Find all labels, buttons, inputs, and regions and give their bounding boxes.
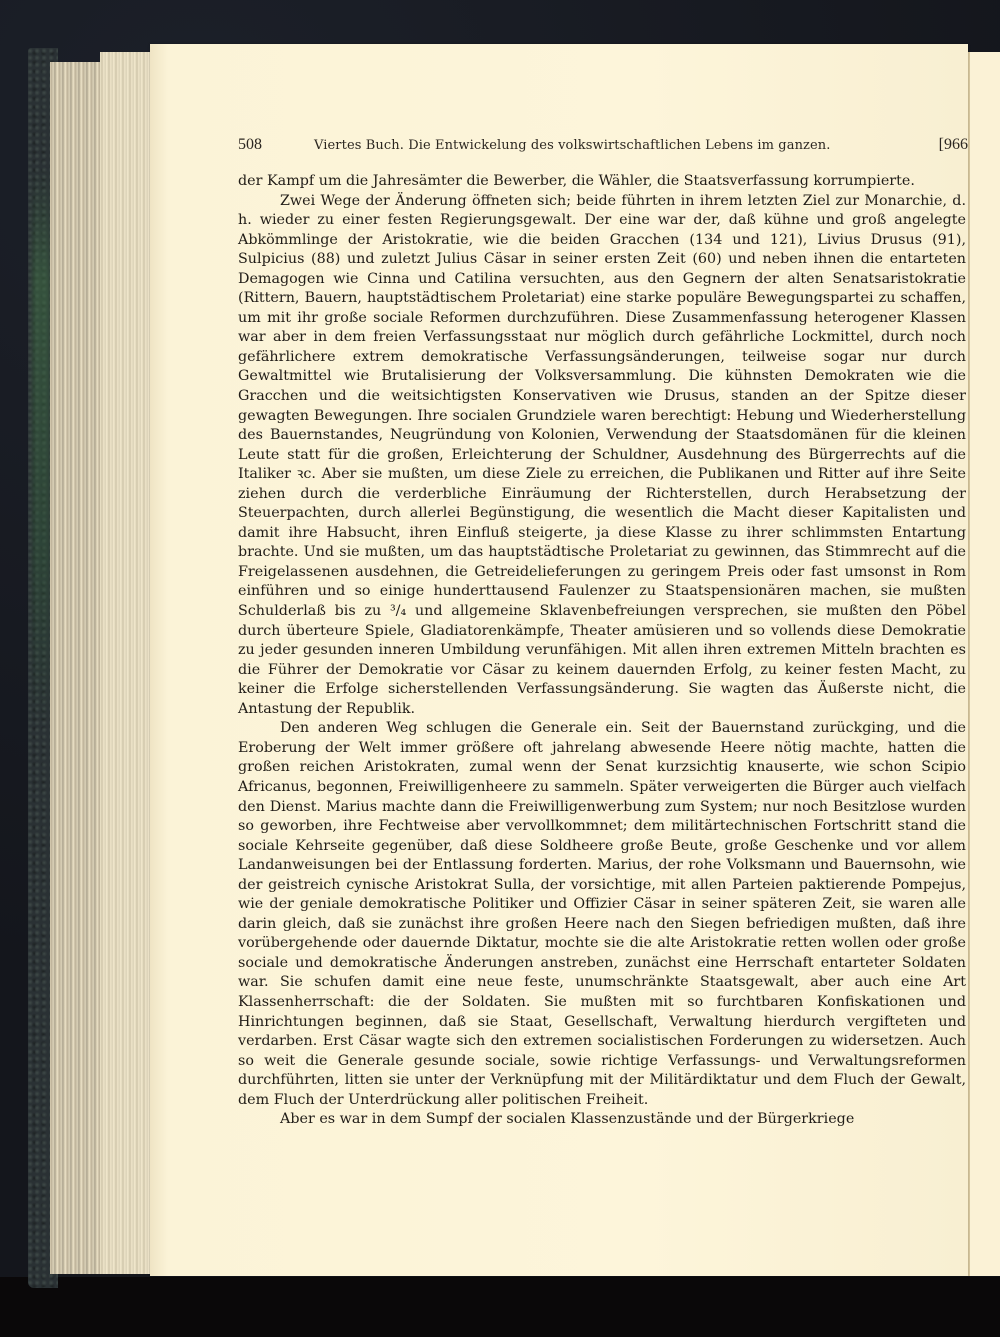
paragraph: Den anderen Weg schlugen die Generale ei…: [238, 719, 966, 1110]
paragraph: Zwei Wege der Änderung öffneten sich; be…: [238, 192, 966, 720]
cover-marbling: [32, 168, 50, 728]
scan-backdrop: [0, 1277, 1000, 1337]
facing-page-edge: [968, 52, 1000, 1276]
page-stack-inner: [100, 52, 154, 1274]
original-page-number: [966: [939, 136, 968, 154]
running-head-title: Viertes Buch. Die Entwickelung des volks…: [314, 138, 831, 153]
paragraph: Aber es war in dem Sumpf der socialen Kl…: [238, 1110, 966, 1130]
running-head: 508 Viertes Buch. Die Entwickelung des v…: [238, 136, 968, 160]
paragraph: der Kampf um die Jahresämter die Bewerbe…: [238, 172, 966, 192]
page-number: 508: [238, 136, 262, 154]
body-text: der Kampf um die Jahresämter die Bewerbe…: [238, 172, 966, 1130]
book-page: 508 Viertes Buch. Die Entwickelung des v…: [150, 44, 968, 1276]
